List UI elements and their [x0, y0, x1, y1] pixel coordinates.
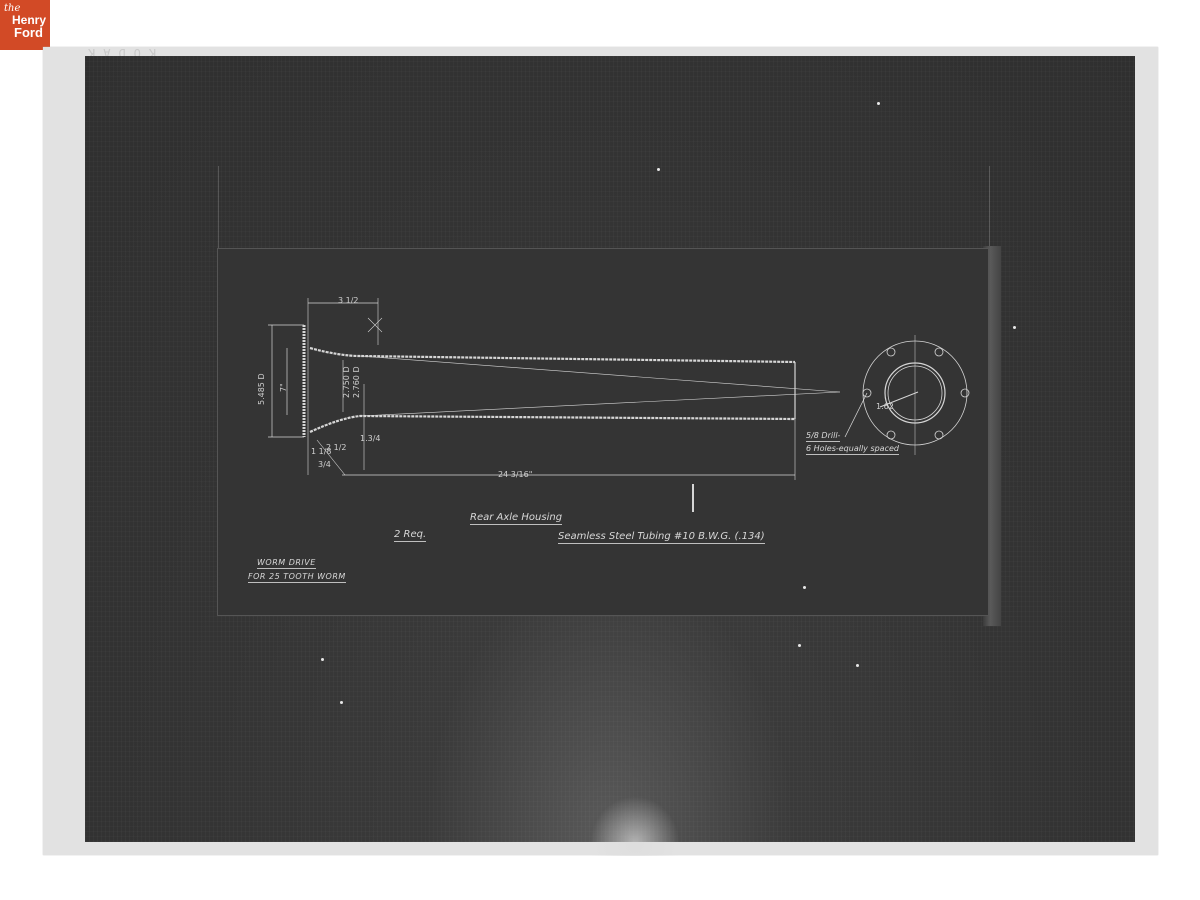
dim-bottom-2: 2 1/2	[326, 443, 347, 452]
dim-inner-diameter-2: 2.760 D	[352, 366, 361, 398]
bolt-holes	[863, 348, 969, 439]
dim-flange-callout: 1.62	[876, 402, 894, 411]
drawing-title: Rear Axle Housing	[470, 512, 562, 525]
dim-overall-length: 24 3/16"	[498, 470, 532, 479]
axle-housing-drawing	[0, 0, 1200, 900]
taper-line-bottom	[360, 392, 840, 416]
dim-top-width: 3 1/2	[338, 296, 359, 305]
dim-bottom-3: 3/4	[318, 460, 331, 469]
flange-holes-note: 6 Holes-equally spaced	[806, 444, 899, 455]
tube-wall-bottom	[310, 416, 795, 432]
note-worm-drive: Worm Drive	[257, 558, 316, 569]
material-note: Seamless Steel Tubing #10 B.W.G. (.134)	[558, 531, 765, 544]
flange-drill-note: 5/8 Drill-	[806, 431, 840, 442]
dim-flange-diameter: 5.485 D	[257, 373, 266, 405]
dim-inner-diameter-1: 2.750 D	[342, 366, 351, 398]
quantity-note: 2 Req.	[394, 529, 426, 542]
dim-right-label: 1.3/4	[360, 434, 381, 443]
note-tooth-worm: For 25 Tooth Worm	[248, 572, 346, 583]
tube-wall-top	[310, 348, 795, 362]
dim-tube-diameter: 7"	[279, 383, 288, 392]
